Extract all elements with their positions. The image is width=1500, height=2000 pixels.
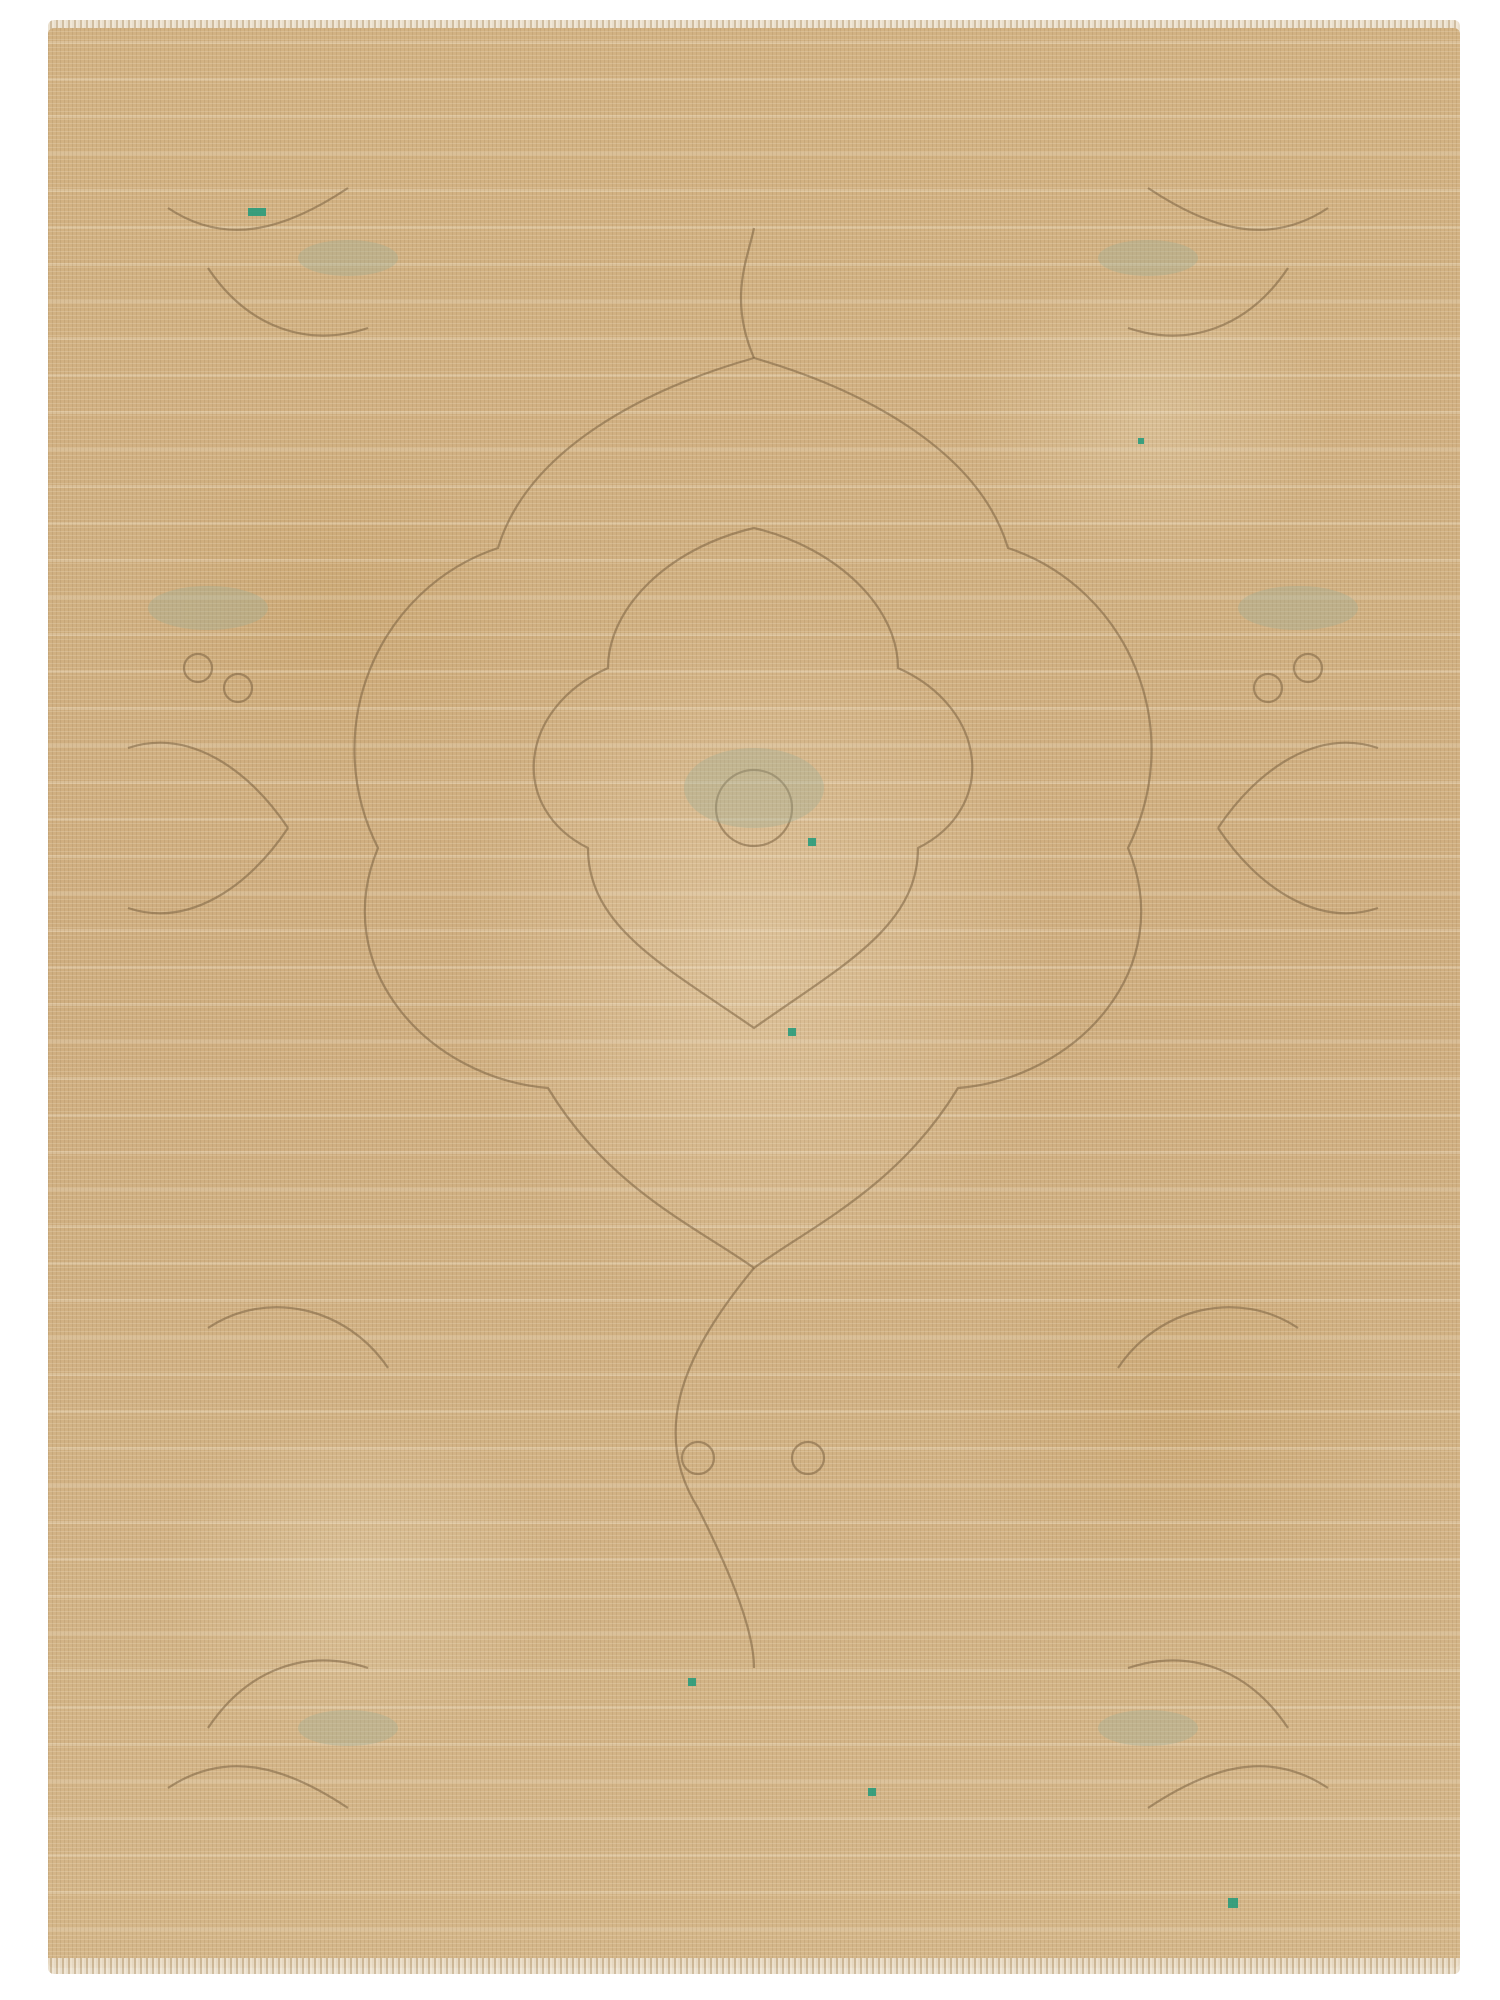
rug-bottom-fringe <box>48 1958 1460 1974</box>
rug-medallion-pattern <box>48 28 1460 1968</box>
rug <box>48 28 1460 1968</box>
